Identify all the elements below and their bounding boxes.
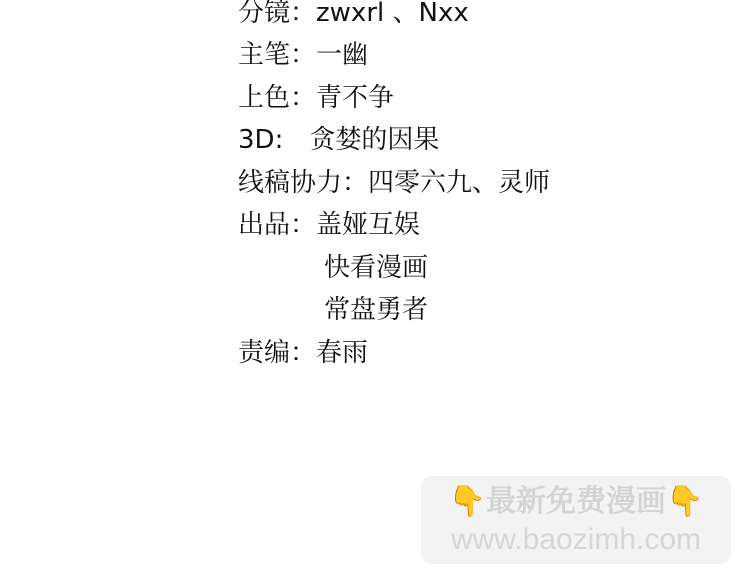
credit-value: 常盘勇者 xyxy=(324,295,428,325)
credit-lead-artist: 主笔：一幽 xyxy=(238,40,368,70)
watermark-url: www.baozimh.com xyxy=(421,522,731,558)
credit-lineart-assist: 线稿协力：四零六九、灵师 xyxy=(238,168,550,198)
credit-label: 线稿协力： xyxy=(238,168,368,198)
credit-value: 快看漫画 xyxy=(324,253,428,283)
watermark-banner: 👇最新免费漫画👇 www.baozimh.com xyxy=(421,476,731,564)
credit-label: 责编： xyxy=(238,338,316,368)
credit-value: 青不争 xyxy=(316,83,394,113)
watermark-headline: 最新免费漫画 xyxy=(486,484,666,519)
credit-value: 四零六九、灵师 xyxy=(368,168,550,198)
credit-value: 一幽 xyxy=(316,40,368,70)
credit-3d: 3D: 贪婪的因果 xyxy=(238,125,439,155)
credit-value: 春雨 xyxy=(316,338,368,368)
credit-editor: 责编：春雨 xyxy=(238,338,368,368)
credit-value: 贪婪的因果 xyxy=(309,125,439,155)
credit-storyboard: 分镜：zwxrl 、Nxx xyxy=(238,0,469,28)
credit-label: 出品： xyxy=(238,210,316,240)
credit-label: 3D: xyxy=(238,125,309,155)
pointing-down-hand-icon: 👇 xyxy=(666,484,703,519)
watermark-headline-row: 👇最新免费漫画👇 xyxy=(421,484,731,520)
pointing-down-hand-icon: 👇 xyxy=(449,484,486,519)
credit-label: 分镜： xyxy=(238,0,316,28)
credit-publisher: 出品：盖娅互娱 xyxy=(238,210,420,240)
credit-label: 主笔： xyxy=(238,40,316,70)
credit-label: 上色： xyxy=(238,83,316,113)
credit-publisher-2: 快看漫画 xyxy=(324,253,428,283)
credit-value: zwxrl 、Nxx xyxy=(316,0,469,28)
credit-colorist: 上色：青不争 xyxy=(238,83,394,113)
credit-publisher-3: 常盘勇者 xyxy=(324,295,428,325)
credit-value: 盖娅互娱 xyxy=(316,210,420,240)
